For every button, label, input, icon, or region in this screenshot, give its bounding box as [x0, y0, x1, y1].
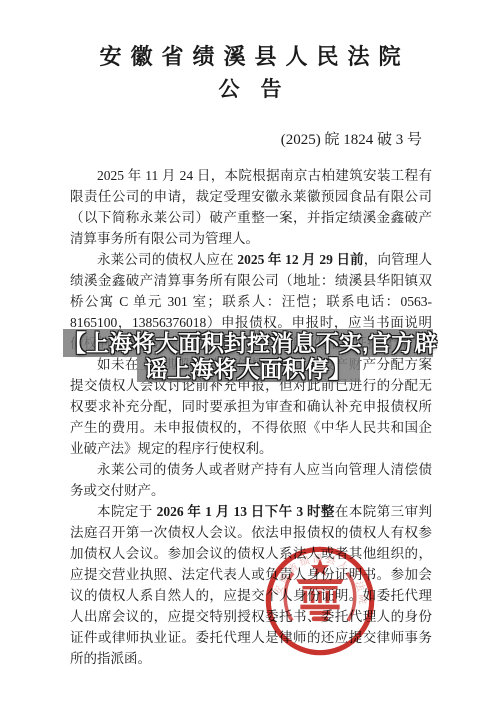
- caption-line-1: 【上海将大面积封控消息不实,官方辟: [63, 329, 433, 357]
- caption-line-2-wrap: 谣上海将大面积停】: [63, 357, 433, 382]
- announcement-page: 安徽省绩溪县人民法院 公 告 (2025) 皖 1824 破 3 号 2025 …: [0, 0, 500, 706]
- doc-header: 安徽省绩溪县人民法院 公 告 (2025) 皖 1824 破 3 号: [0, 0, 500, 149]
- doc-type-title: 公 告: [0, 76, 500, 102]
- case-number: (2025) 皖 1824 破 3 号: [0, 128, 500, 149]
- caption-line-2: 谣上海将大面积停】: [137, 357, 360, 382]
- paragraph-text: 2025 年 11 月 24 日，本院根据南京古柏建筑安装工程有限责任公司的申请…: [70, 168, 432, 246]
- paragraph-debt-repayment: 永莱公司的债务人或者财产持有人应当向管理人清偿债务或交付财产。: [70, 459, 432, 501]
- claim-deadline: 2025 年 12 月 29 日前: [237, 252, 363, 267]
- paragraph-text: 本院定于: [97, 504, 157, 519]
- paragraph-text: 永莱公司的债务人或者财产持有人应当向管理人清偿债务或交付财产。: [70, 462, 432, 498]
- court-seal: 安徽省绩溪县人民法院: [258, 539, 382, 663]
- paragraph-filing: 2025 年 11 月 24 日，本院根据南京古柏建筑安装工程有限责任公司的申请…: [70, 165, 432, 249]
- meeting-datetime: 2026 年 1 月 13 日下午 3 时整: [157, 504, 335, 519]
- court-name: 安徽省绩溪县人民法院: [0, 44, 500, 70]
- paragraph-text: 永莱公司的债权人应在: [97, 252, 237, 267]
- news-caption-overlay: 【上海将大面积封控消息不实,官方辟 谣上海将大面积停】: [63, 329, 433, 382]
